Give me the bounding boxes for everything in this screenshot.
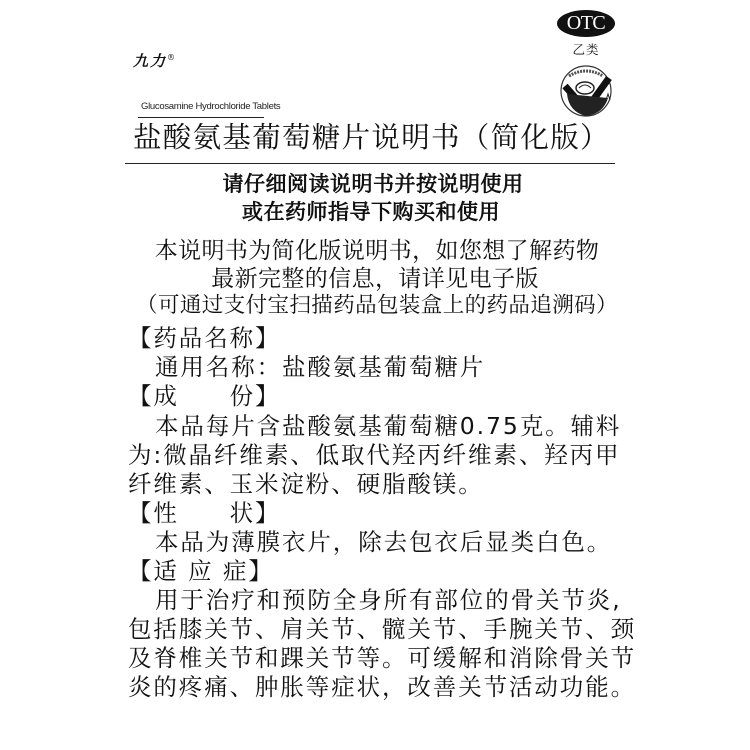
section-heading-description: 【性 状】 xyxy=(128,499,280,528)
document-title: 盐酸氨基葡萄糖片说明书（简化版） xyxy=(133,120,610,156)
section-text: 为:微晶纤维素、低取代羟丙纤维素、羟丙甲 xyxy=(128,441,620,470)
section-text: 本品每片含盐酸氨基葡萄糖0.75克。辅料 xyxy=(155,412,621,441)
section-heading-drug-name: 【药品名称】 xyxy=(128,324,280,353)
safety-check-stamp-icon xyxy=(559,64,613,118)
usage-warning-line-2: 或在药师指导下购买和使用 xyxy=(0,196,746,226)
section-text: 通用名称：盐酸氨基葡萄糖片 xyxy=(155,353,485,382)
section-heading-composition: 【成 份】 xyxy=(128,382,280,411)
section-text: 炎的疼痛、肿胀等症状，改善关节活动功能。 xyxy=(128,673,636,702)
section-heading-indications: 【适 应 症】 xyxy=(128,557,274,586)
brand-logo: 九力® xyxy=(133,50,177,71)
section-text: 用于治疗和预防全身所有部位的骨关节炎, xyxy=(155,586,622,615)
section-text: 纤维素、玉米淀粉、硬脂酸镁。 xyxy=(128,470,484,499)
usage-warning-line-1: 请仔细阅读说明书并按说明使用 xyxy=(0,168,748,198)
section-text: 包括膝关节、肩关节、髋关节、手腕关节、颈 xyxy=(128,615,636,644)
registered-mark: ® xyxy=(167,53,177,62)
otc-badge: OTC xyxy=(557,10,615,37)
title-divider xyxy=(125,163,615,164)
english-name-underline xyxy=(138,117,264,118)
brand-name: 九力 xyxy=(133,52,167,70)
section-text: 及脊椎关节和踝关节等。可缓解和消除骨关节 xyxy=(128,644,636,673)
section-text: 本品为薄膜衣片，除去包衣后显类白色。 xyxy=(155,528,612,557)
english-product-name: Glucosamine Hydrochloride Tablets xyxy=(141,101,280,112)
otc-class-label: 乙类 xyxy=(556,40,616,58)
simplified-notice-line-3: （可通过支付宝扫描药品包装盒上的药品追溯码） xyxy=(2,288,750,319)
